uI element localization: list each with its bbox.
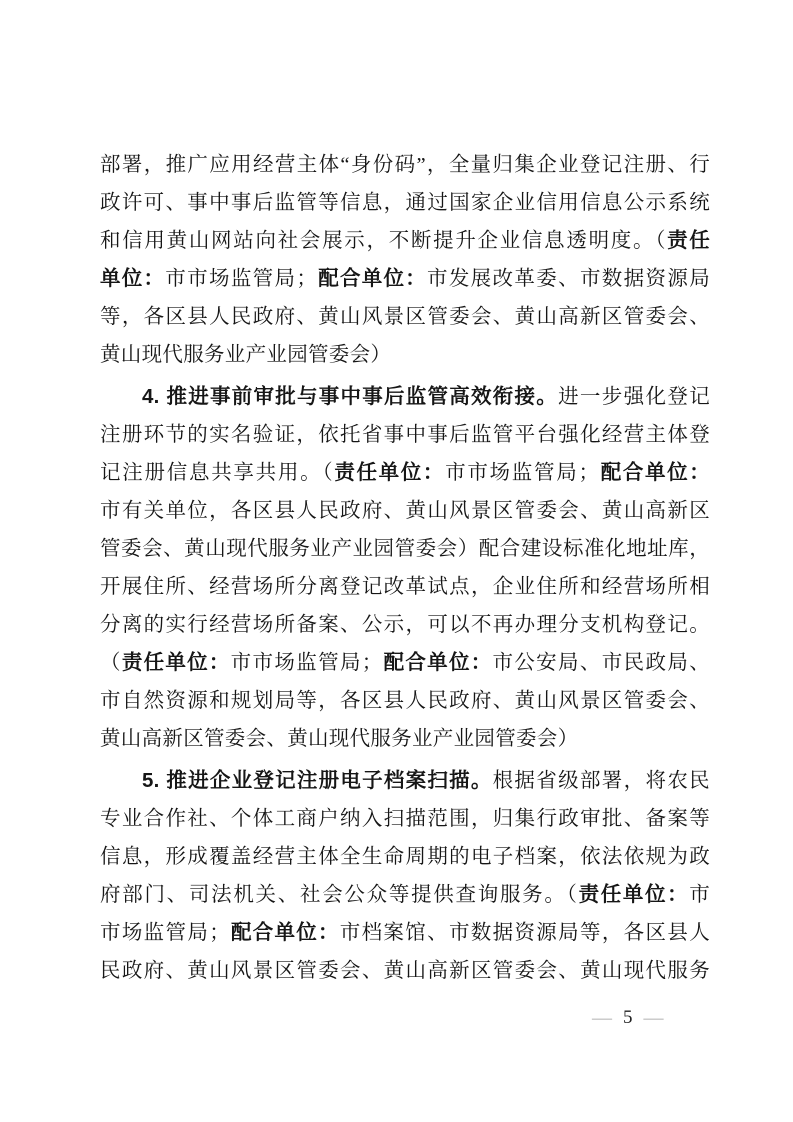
text-segment: 府部门、司法机关、社会公众等提供查询服务。（: [100, 884, 579, 906]
bold-text-segment: 配合单位：: [383, 651, 493, 674]
text-segment: 黄山现代服务业产业园管委会）: [100, 344, 391, 366]
text-segment: 黄山高新区管委会、黄山现代服务业产业园管委会）: [100, 728, 578, 750]
text-line: 注册环节的实名验证，依托省事中事后监管平台强化经营主体登: [100, 416, 710, 454]
text-line: 部署，推广应用经营主体“身份码”，全量归集企业登记注册、行: [100, 146, 710, 184]
text-segment: （: [100, 652, 122, 674]
text-segment: 市有关单位，各区县人民政府、黄山风景区管委会、黄山高新区: [100, 500, 710, 522]
text-line: 黄山高新区管委会、黄山现代服务业产业园管委会）: [100, 720, 710, 758]
text-segment: 市市场监管局；: [165, 268, 317, 290]
footer-dash-left: —: [592, 1008, 612, 1027]
text-segment: 民政府、黄山风景区管委会、黄山高新区管委会、黄山现代服务: [100, 960, 710, 982]
page-number: 5: [623, 1006, 633, 1030]
text-segment: 市: [689, 884, 710, 906]
bold-text-segment: 5. 推进企业登记注册电子档案扫描。: [142, 769, 493, 792]
text-segment: 进一步强化登记: [558, 386, 710, 408]
document-page: 部署，推广应用经营主体“身份码”，全量归集企业登记注册、行政许可、事中事后监管等…: [0, 0, 793, 1122]
text-segment: 管委会、黄山现代服务业产业园管委会）配合建设标准化地址库，: [100, 538, 710, 560]
text-line: 5. 推进企业登记注册电子档案扫描。根据省级部署，将农民: [100, 762, 710, 800]
text-line: 市有关单位，各区县人民政府、黄山风景区管委会、黄山高新区: [100, 492, 710, 530]
bold-text-segment: 配合单位：: [230, 921, 340, 944]
text-segment: 信息，形成覆盖经营主体全生命周期的电子档案，依法依规为政: [100, 846, 710, 868]
text-segment: 政许可、事中事后监管等信息，通过国家企业信用信息公示系统: [100, 192, 710, 214]
bold-text-segment: 责任单位：: [122, 651, 231, 674]
text-line: 政许可、事中事后监管等信息，通过国家企业信用信息公示系统: [100, 184, 710, 222]
text-line: 市场监管局；配合单位：市档案馆、市数据资源局等，各区县人: [100, 914, 710, 952]
text-segment: 开展住所、经营场所分离登记改革试点，企业住所和经营场所相: [100, 576, 710, 598]
text-line: 和信用黄山网站向社会展示，不断提升企业信息透明度。（责任: [100, 222, 710, 260]
text-line: 黄山现代服务业产业园管委会）: [100, 336, 710, 374]
text-segment: 市自然资源和规划局等，各区县人民政府、黄山风景区管委会、: [100, 690, 710, 712]
text-segment: 市市场监管局；: [231, 652, 383, 674]
text-line: 4. 推进事前审批与事中事后监管高效衔接。进一步强化登记: [100, 378, 710, 416]
text-segment: 和信用黄山网站向社会展示，不断提升企业信息透明度。（: [100, 230, 667, 252]
text-line: （责任单位：市市场监管局；配合单位：市公安局、市民政局、: [100, 644, 710, 682]
bold-text-segment: 4. 推进事前审批与事中事后监管高效衔接。: [142, 385, 558, 408]
text-segment: 专业合作社、个体工商户纳入扫描范围，归集行政审批、备案等: [100, 808, 710, 830]
text-segment: 等，各区县人民政府、黄山风景区管委会、黄山高新区管委会、: [100, 306, 710, 328]
text-line: 分离的实行经营场所备案、公示，可以不再办理分支机构登记。: [100, 606, 710, 644]
document-body: 部署，推广应用经营主体“身份码”，全量归集企业登记注册、行政许可、事中事后监管等…: [100, 146, 710, 990]
text-segment: 市发展改革委、市数据资源局: [427, 268, 710, 290]
bold-text-segment: 配合单位：: [599, 461, 710, 484]
text-segment: 记注册信息共享共用。（: [100, 462, 334, 484]
text-segment: 部署，推广应用经营主体“身份码”，全量归集企业登记注册、行: [100, 154, 710, 176]
text-line: 信息，形成覆盖经营主体全生命周期的电子档案，依法依规为政: [100, 838, 710, 876]
text-segment: 注册环节的实名验证，依托省事中事后监管平台强化经营主体登: [100, 424, 710, 446]
text-segment: 市市场监管局；: [445, 462, 599, 484]
text-line: 记注册信息共享共用。（责任单位：市市场监管局；配合单位：: [100, 454, 710, 492]
text-segment: 市场监管局；: [100, 922, 230, 944]
bold-text-segment: 单位：: [100, 267, 165, 290]
bold-text-segment: 配合单位：: [317, 267, 427, 290]
text-segment: 市公安局、市民政局、: [492, 652, 710, 674]
bold-text-segment: 责任: [667, 229, 710, 252]
text-line: 管委会、黄山现代服务业产业园管委会）配合建设标准化地址库，: [100, 530, 710, 568]
bold-text-segment: 责任单位：: [579, 883, 690, 906]
text-line: 等，各区县人民政府、黄山风景区管委会、黄山高新区管委会、: [100, 298, 710, 336]
footer-dash-right: —: [644, 1008, 664, 1027]
text-line: 专业合作社、个体工商户纳入扫描范围，归集行政审批、备案等: [100, 800, 710, 838]
text-line: 市自然资源和规划局等，各区县人民政府、黄山风景区管委会、: [100, 682, 710, 720]
text-segment: 根据省级部署，将农民: [493, 770, 710, 792]
text-line: 开展住所、经营场所分离登记改革试点，企业住所和经营场所相: [100, 568, 710, 606]
text-segment: 分离的实行经营场所备案、公示，可以不再办理分支机构登记。: [100, 614, 710, 636]
page-footer: — 5 —: [592, 1006, 664, 1030]
text-segment: 市档案馆、市数据资源局等，各区县人: [340, 922, 710, 944]
text-line: 民政府、黄山风景区管委会、黄山高新区管委会、黄山现代服务: [100, 952, 710, 990]
bold-text-segment: 责任单位：: [334, 461, 445, 484]
text-line: 单位：市市场监管局；配合单位：市发展改革委、市数据资源局: [100, 260, 710, 298]
text-line: 府部门、司法机关、社会公众等提供查询服务。（责任单位：市: [100, 876, 710, 914]
